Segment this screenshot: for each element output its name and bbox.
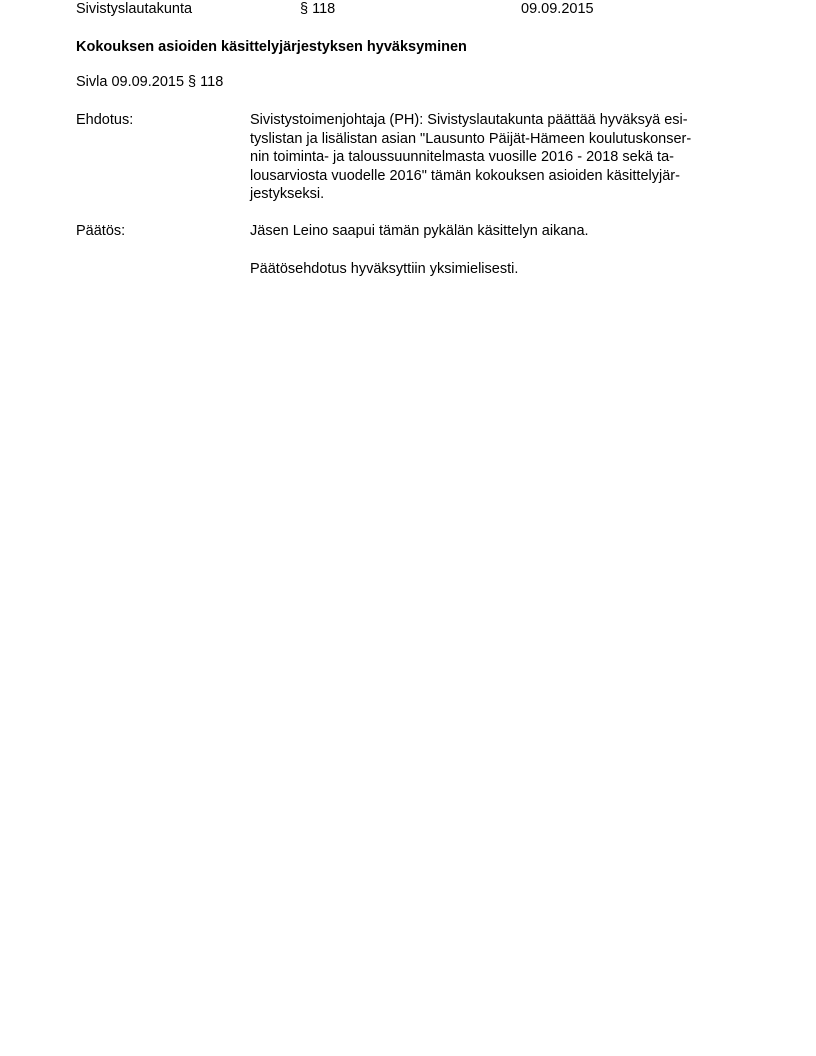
proposal-label: Ehdotus: — [76, 111, 133, 129]
decision-label: Päätös: — [76, 222, 125, 240]
header-date: 09.09.2015 — [521, 0, 594, 18]
decision-paragraph: Jäsen Leino saapui tämän pykälän käsitte… — [250, 222, 589, 240]
decision-paragraph: Päätösehdotus hyväksyttiin yksimielisest… — [250, 260, 518, 278]
header-section: § 118 — [300, 0, 335, 18]
reference-line: Sivla 09.09.2015 § 118 — [76, 73, 223, 91]
proposal-line: lousarviosta vuodelle 2016" tämän kokouk… — [250, 167, 750, 186]
header-organ: Sivistyslautakunta — [76, 0, 192, 18]
proposal-line: tyslistan ja lisälistan asian "Lausunto … — [250, 130, 750, 149]
document-title: Kokouksen asioiden käsittelyjärjestyksen… — [76, 38, 467, 56]
proposal-text: Sivistystoimenjohtaja (PH): Sivistyslaut… — [250, 111, 750, 204]
proposal-line: nin toiminta- ja taloussuunnitelmasta vu… — [250, 148, 750, 167]
proposal-line: Sivistystoimenjohtaja (PH): Sivistyslaut… — [250, 111, 750, 130]
proposal-line: jestykseksi. — [250, 185, 750, 204]
